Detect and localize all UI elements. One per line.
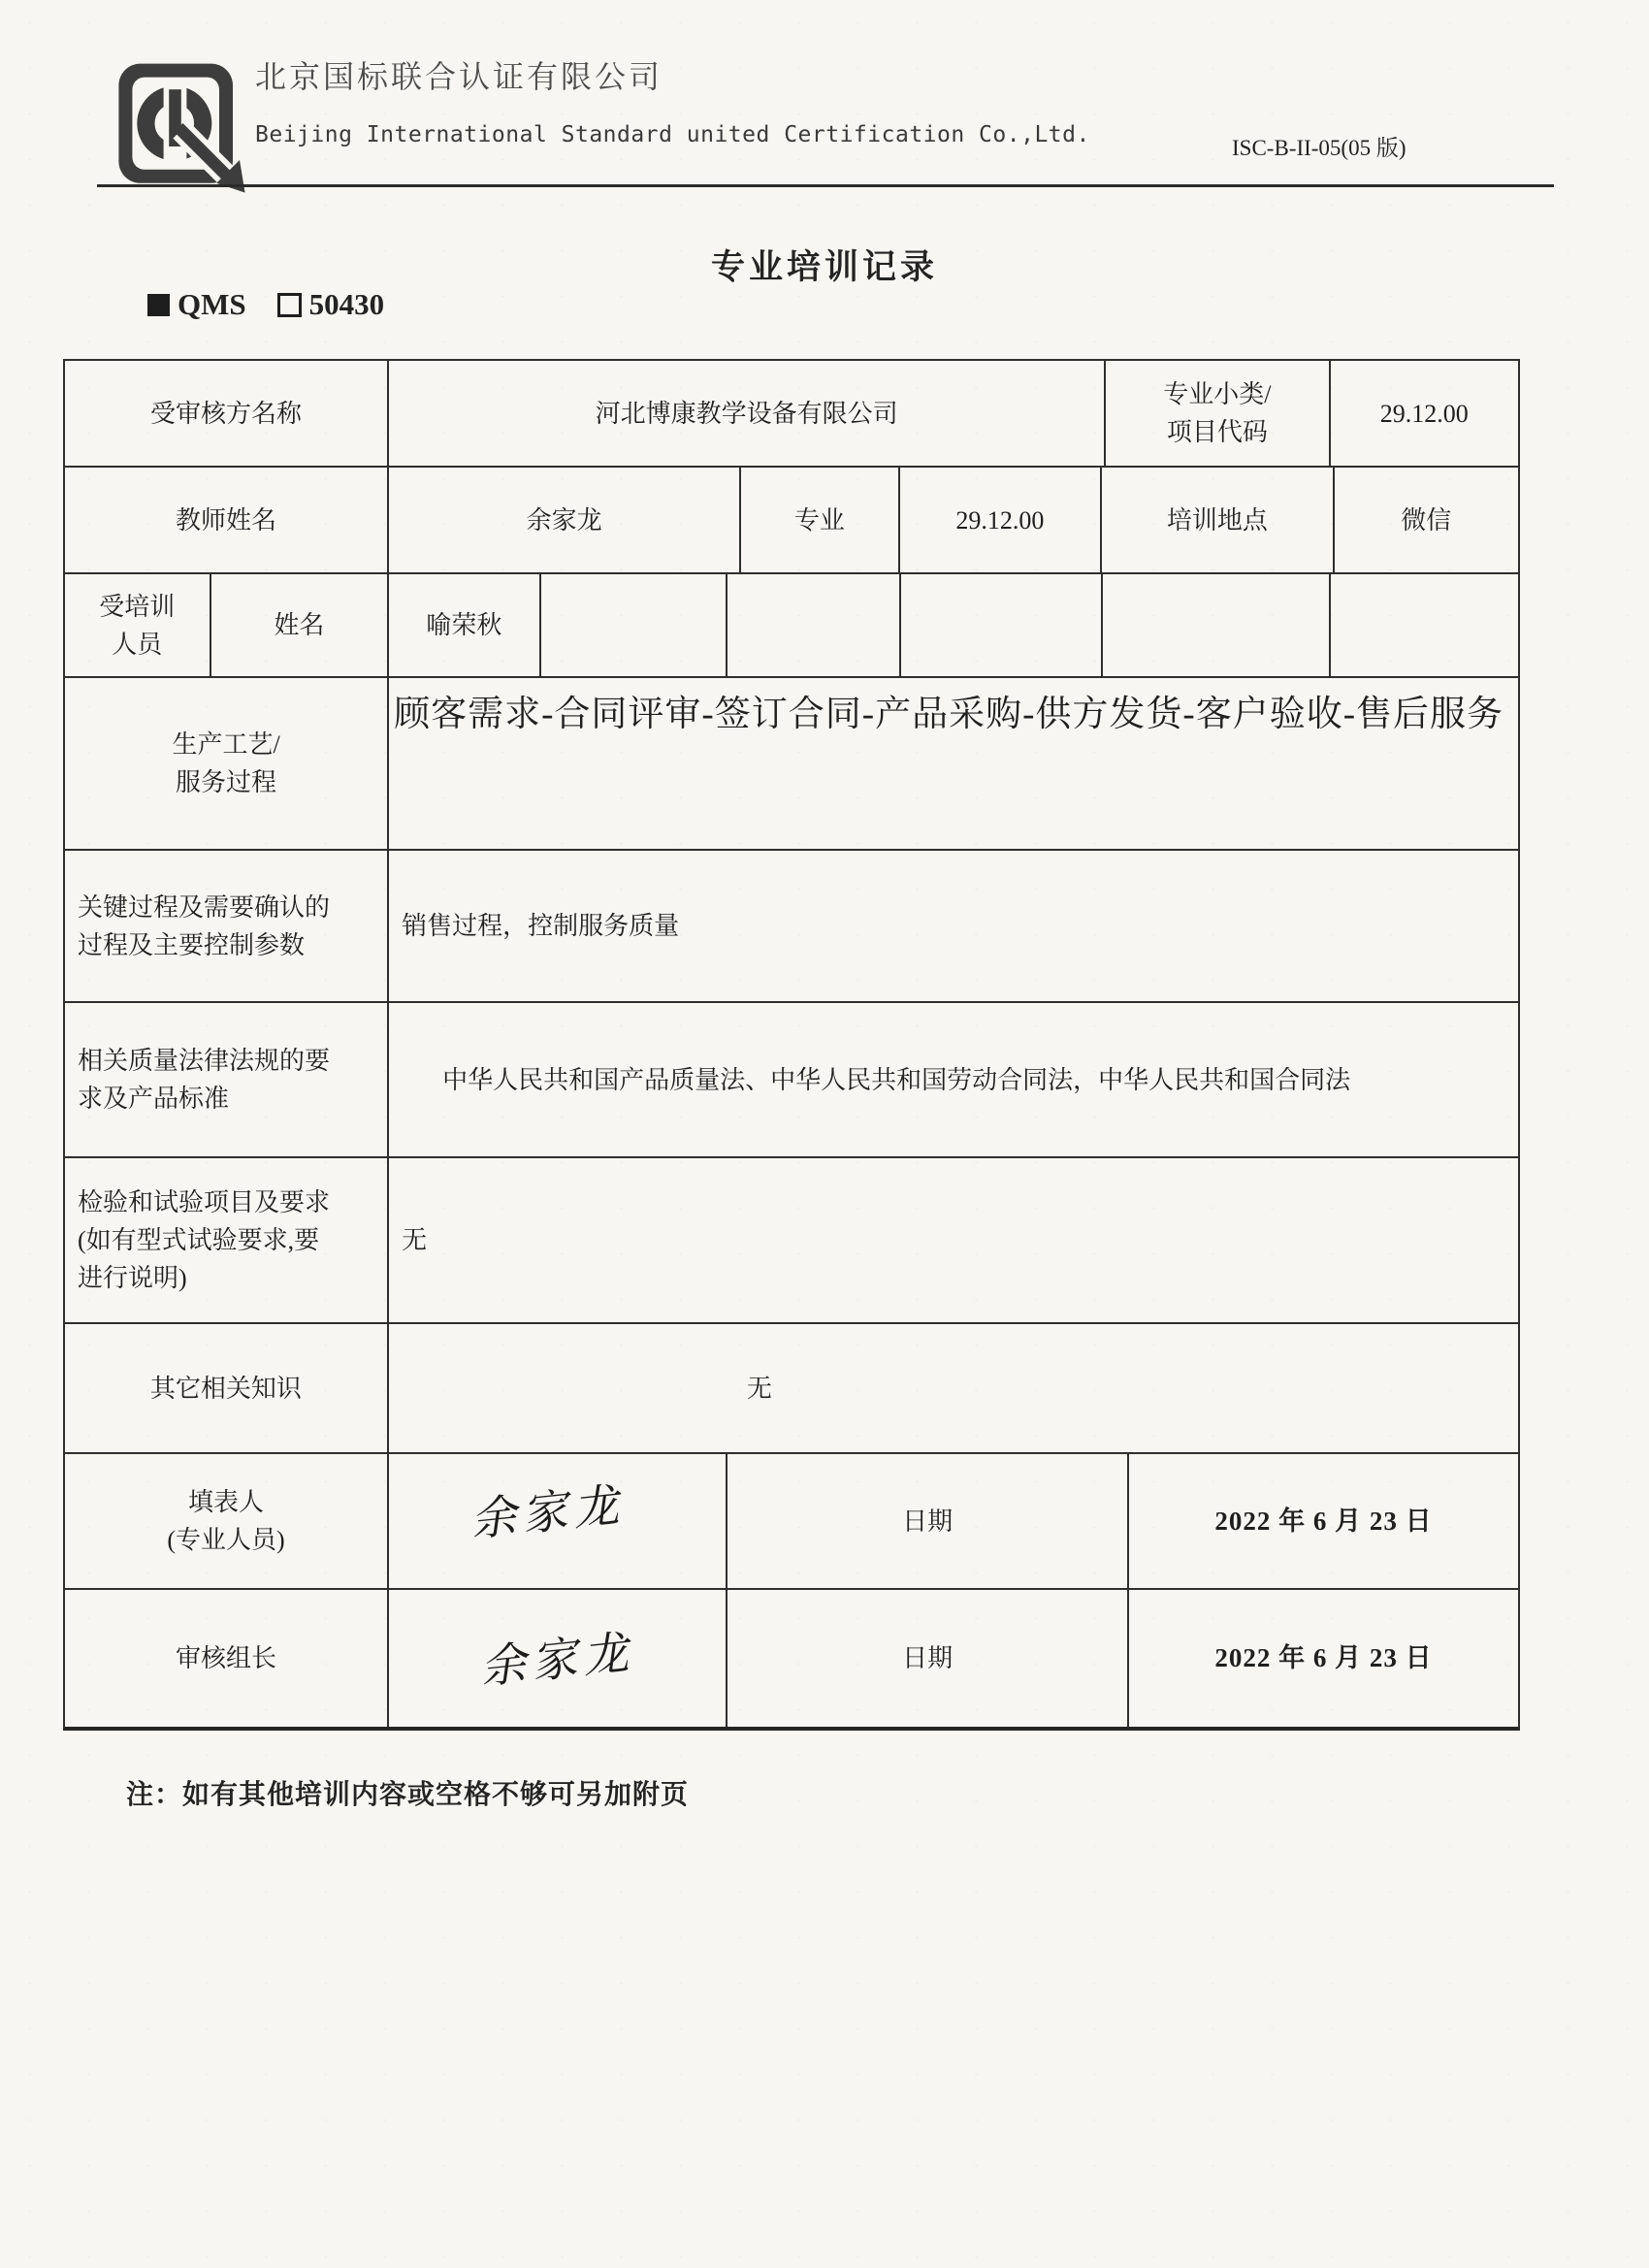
- table-row-other-knowledge: 其它相关知识 无: [65, 1324, 1518, 1454]
- auditee-name-label: 受审核方名称: [65, 361, 389, 468]
- table-row-auditee: 受审核方名称 河北博康教学设备有限公司 专业小类/ 项目代码 29.12.00: [65, 361, 1518, 468]
- regulations-label: 相关质量法律法规的要 求及产品标准: [65, 1003, 389, 1158]
- trainee-empty-cell: [1331, 574, 1518, 678]
- subcategory-code-value: 29.12.00: [1331, 361, 1518, 468]
- audit-leader-date-label: 日期: [727, 1590, 1129, 1727]
- table-row-process: 生产工艺/ 服务过程 顾客需求-合同评审-签订合同-产品采购-供方发货-客户验收…: [65, 678, 1518, 851]
- regulations-value: 中华人民共和国产品质量法、中华人民共和国劳动合同法，中华人民共和国合同法: [389, 1003, 1518, 1158]
- scheme-50430-label: 50430: [309, 287, 385, 322]
- table-row-audit-leader: 审核组长 余家龙 日期 2022 年 6 月 23 日: [65, 1590, 1518, 1727]
- training-location-value: 微信: [1335, 468, 1518, 574]
- certification-logo-icon: [109, 58, 248, 194]
- audit-leader-signature: 余家龙: [389, 1590, 727, 1727]
- audit-leader-date-value: 2022 年 6 月 23 日: [1129, 1590, 1518, 1727]
- process-value: 顾客需求-合同评审-签订合同-产品采购-供方发货-客户验收-售后服务: [389, 678, 1518, 851]
- preparer-signature: 余家龙: [389, 1454, 727, 1590]
- teacher-name-label: 教师姓名: [65, 468, 389, 574]
- other-knowledge-label: 其它相关知识: [65, 1324, 389, 1454]
- inspection-value: 无: [389, 1158, 1518, 1324]
- header-divider: [97, 184, 1554, 187]
- preparer-label: 填表人 (专业人员): [65, 1454, 389, 1590]
- trainee-name-label: 姓名: [211, 574, 390, 678]
- table-row-preparer: 填表人 (专业人员) 余家龙 日期 2022 年 6 月 23 日: [65, 1454, 1518, 1590]
- preparer-date-label: 日期: [727, 1454, 1129, 1590]
- table-row-trainees: 受培训 人员 姓名 喻荣秋: [65, 574, 1518, 678]
- key-process-label: 关键过程及需要确认的 过程及主要控制参数: [65, 851, 389, 1003]
- trainee-empty-cell: [727, 574, 901, 678]
- inspection-label: 检验和试验项目及要求 (如有型式试验要求,要 进行说明): [65, 1158, 389, 1324]
- other-knowledge-value: 无: [389, 1324, 1518, 1454]
- table-row-inspection: 检验和试验项目及要求 (如有型式试验要求,要 进行说明) 无: [65, 1158, 1518, 1324]
- table-row-key-process: 关键过程及需要确认的 过程及主要控制参数 销售过程，控制服务质量: [65, 851, 1518, 1003]
- training-record-table: 受审核方名称 河北博康教学设备有限公司 专业小类/ 项目代码 29.12.00 …: [63, 359, 1520, 1731]
- training-location-label: 培训地点: [1102, 468, 1334, 574]
- major-label: 专业: [741, 468, 900, 574]
- audit-leader-label: 审核组长: [65, 1590, 389, 1727]
- checkbox-unchecked-icon: [277, 293, 302, 317]
- footer-note: 注：如有其他培训内容或空格不够可另加附页: [126, 1773, 689, 1812]
- checkbox-checked-icon: [147, 294, 170, 316]
- trainees-label: 受培训 人员: [65, 574, 211, 678]
- form-code: ISC-B-II-05(05 版): [1232, 130, 1406, 162]
- company-name-en: Beijing International Standard united Ce…: [255, 122, 1090, 147]
- company-name-cn: 北京国标联合认证有限公司: [255, 52, 663, 97]
- auditee-name-value: 河北博康教学设备有限公司: [389, 361, 1106, 468]
- trainee-name-value: 喻荣秋: [389, 574, 541, 678]
- table-row-regulations: 相关质量法律法规的要 求及产品标准 中华人民共和国产品质量法、中华人民共和国劳动…: [65, 1003, 1518, 1158]
- table-row-teacher: 教师姓名 余家龙 专业 29.12.00 培训地点 微信: [65, 468, 1518, 574]
- scheme-qms-label: QMS: [178, 287, 246, 322]
- preparer-date-value: 2022 年 6 月 23 日: [1129, 1454, 1518, 1590]
- trainee-empty-cell: [1103, 574, 1330, 678]
- major-value: 29.12.00: [900, 468, 1102, 574]
- trainee-empty-cell: [901, 574, 1103, 678]
- teacher-name-value: 余家龙: [389, 468, 741, 574]
- key-process-value: 销售过程，控制服务质量: [389, 851, 1518, 1003]
- handwritten-signature: 余家龙: [468, 1472, 628, 1556]
- handwritten-signature: 余家龙: [477, 1619, 637, 1703]
- page-title: 专业培训记录: [0, 241, 1649, 289]
- subcategory-code-label: 专业小类/ 项目代码: [1106, 361, 1330, 468]
- trainee-empty-cell: [541, 574, 727, 678]
- process-label: 生产工艺/ 服务过程: [65, 678, 389, 851]
- scheme-selection: QMS50430: [147, 287, 384, 322]
- scanned-form-page: 北京国标联合认证有限公司 Beijing International Stand…: [0, 0, 1649, 2268]
